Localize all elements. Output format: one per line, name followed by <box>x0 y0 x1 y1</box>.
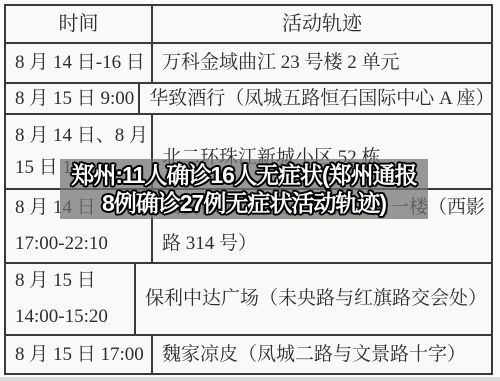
table-row: 8 月 15 日 14:00-15:20 保利中达广场（未央路与红旗路交会处） <box>6 264 491 336</box>
trajectory-cell: 魏家凉皮（凤城二路与文景路十字） <box>153 336 491 373</box>
time-text: 8 月 15 日 17:00 <box>15 342 147 368</box>
time-cell: 8 月 15 日 17:00 <box>6 336 153 373</box>
title-overlay: 郑州:11人确诊16人无症状(郑州通报 8例确诊27例无症状活动轨迹) <box>60 159 428 219</box>
trajectory-table-image: 时间 活动轨迹 8 月 14 日-16 日 万科金域曲江 23 号楼 2 单元 … <box>0 0 500 381</box>
trajectory-cell: 保利中达广场（未央路与红旗路交会处） <box>136 264 491 334</box>
time-text: 8 月 14 日-16 日 <box>15 50 147 76</box>
title-overlay-line2: 8例确诊27例无症状活动轨迹) <box>102 189 386 217</box>
title-overlay-line1: 郑州:11人确诊16人无症状(郑州通报 <box>71 161 416 189</box>
table-row: 8 月 15 日 17:00 魏家凉皮（凤城二路与文景路十字） <box>6 336 491 373</box>
time-text: 14:00-15:20 <box>15 299 130 335</box>
time-cell: 8 月 15 日 14:00-15:20 <box>6 264 136 334</box>
time-text: 8 月 15 日 <box>15 263 130 299</box>
header-row: 时间 活动轨迹 <box>6 6 491 44</box>
table-row: 8 月 15 日 9:00 华致酒行（凤城五路恒石国际中心 A 座） <box>6 84 491 115</box>
time-text: 17:00-22:10 <box>15 226 147 262</box>
time-column-header: 时间 <box>59 11 99 37</box>
trajectory-text: 保利中达广场（未央路与红旗路交会处） <box>145 286 487 312</box>
trajectory-column-header-cell: 活动轨迹 <box>153 6 491 42</box>
time-column-header-cell: 时间 <box>6 6 153 42</box>
trajectory-text: 魏家凉皮（凤城二路与文景路十字） <box>162 342 487 368</box>
time-cell: 8 月 14 日-16 日 <box>6 44 153 82</box>
trajectory-text: 万科金域曲江 23 号楼 2 单元 <box>162 50 487 76</box>
time-text: 8 月 14 日、8 月 <box>15 120 147 152</box>
table-row: 8 月 14 日-16 日 万科金域曲江 23 号楼 2 单元 <box>6 44 491 84</box>
trajectory-text: 路 314 号） <box>162 226 487 262</box>
time-cell: 8 月 15 日 9:00 <box>6 84 140 113</box>
trajectory-column-header: 活动轨迹 <box>282 11 362 37</box>
time-text: 8 月 15 日 9:00 <box>15 86 134 112</box>
trajectory-text: 华致酒行（凤城五路恒石国际中心 A 座） <box>149 86 494 112</box>
trajectory-cell: 华致酒行（凤城五路恒石国际中心 A 座） <box>140 84 498 113</box>
scan-edge-shadow <box>0 377 500 381</box>
trajectory-cell: 万科金域曲江 23 号楼 2 单元 <box>153 44 491 82</box>
